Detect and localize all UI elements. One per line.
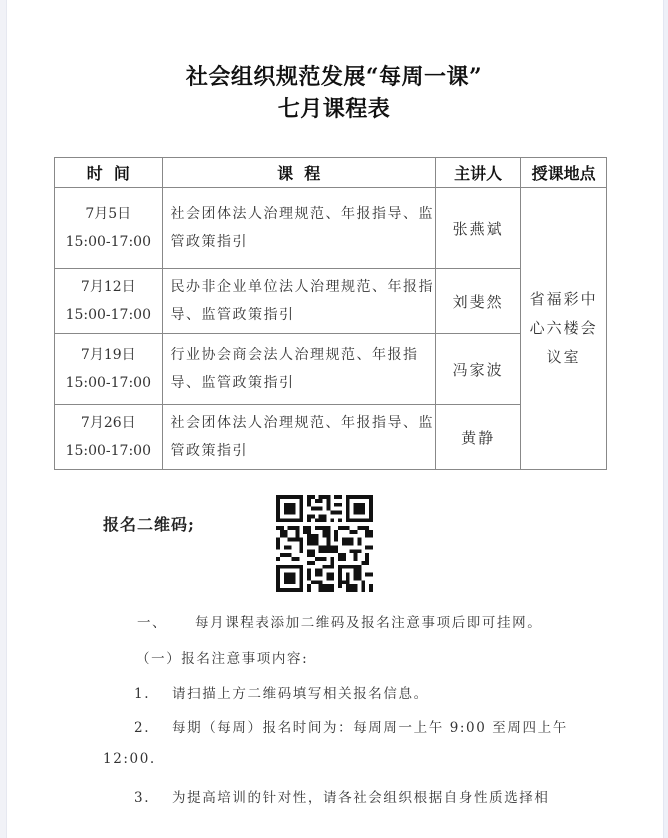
header-place: 授课地点	[521, 158, 607, 188]
note-item-continuation: 12:00.	[103, 751, 156, 767]
speaker-cell: 刘斐然	[435, 269, 521, 334]
course-cell: 社会团体法人治理规范、年报指导、监管政策指引	[162, 188, 435, 269]
speaker-cell: 张燕斌	[435, 188, 521, 269]
document-subtitle: 七月课程表	[0, 92, 668, 123]
page-edge-left	[0, 0, 7, 838]
speaker-cell: 冯家波	[435, 334, 521, 405]
time-cell: 7月19日 15:00-17:00	[55, 334, 163, 405]
date-text: 7月19日	[55, 341, 162, 369]
date-text: 7月12日	[55, 273, 162, 301]
time-text: 15:00-17:00	[55, 437, 162, 465]
course-cell: 民办非企业单位法人治理规范、年报指导、监管政策指引	[162, 269, 435, 334]
place-cell: 省福彩中心六楼会议室	[521, 188, 607, 470]
note-item: 1.请扫描上方二维码填写相关报名信息。	[134, 682, 429, 702]
subsection-heading: （一）报名注意事项内容:	[136, 647, 308, 667]
course-cell: 社会团体法人治理规范、年报指导、监管政策指引	[162, 405, 435, 470]
section-one: 一、每月课程表添加二维码及报名注意事项后即可挂网。	[137, 611, 542, 631]
document-title: 社会组织规范发展“每周一课”	[0, 60, 668, 91]
note-item: 2.每期（每周）报名时间为：每周周一上午 9:00 至周四上午	[134, 716, 568, 736]
table-row: 7月5日 15:00-17:00 社会团体法人治理规范、年报指导、监管政策指引 …	[55, 188, 607, 269]
note-number: 3.	[134, 790, 172, 806]
qr-label: 报名二维码;	[103, 512, 195, 535]
header-time: 时 间	[55, 158, 163, 188]
time-cell: 7月26日 15:00-17:00	[55, 405, 163, 470]
header-speaker: 主讲人	[435, 158, 521, 188]
note-text: 请扫描上方二维码填写相关报名信息。	[172, 686, 429, 702]
time-cell: 7月12日 15:00-17:00	[55, 269, 163, 334]
course-cell: 行业协会商会法人治理规范、年报指导、监管政策指引	[162, 334, 435, 405]
time-text: 15:00-17:00	[55, 228, 162, 256]
note-text: 每期（每周）报名时间为：每周周一上午 9:00 至周四上午	[172, 720, 568, 736]
time-text: 15:00-17:00	[55, 369, 162, 397]
section-marker: 一、	[137, 611, 195, 631]
header-course: 课 程	[162, 158, 435, 188]
page-edge-right	[663, 0, 668, 838]
note-number: 2.	[134, 720, 172, 736]
schedule-table: 时 间 课 程 主讲人 授课地点 7月5日 15:00-17:00 社会团体法人…	[54, 157, 607, 470]
speaker-cell: 黄静	[435, 405, 521, 470]
section-text: 每月课程表添加二维码及报名注意事项后即可挂网。	[195, 615, 542, 631]
note-number: 1.	[134, 686, 172, 702]
qr-code-icon[interactable]	[276, 495, 373, 592]
note-text: 为提高培训的针对性，请各社会组织根据自身性质选择相	[172, 790, 550, 806]
note-item: 3.为提高培训的针对性，请各社会组织根据自身性质选择相	[134, 786, 550, 806]
time-text: 15:00-17:00	[55, 301, 162, 329]
date-text: 7月26日	[55, 409, 162, 437]
table-header-row: 时 间 课 程 主讲人 授课地点	[55, 158, 607, 188]
date-text: 7月5日	[55, 200, 162, 228]
time-cell: 7月5日 15:00-17:00	[55, 188, 163, 269]
